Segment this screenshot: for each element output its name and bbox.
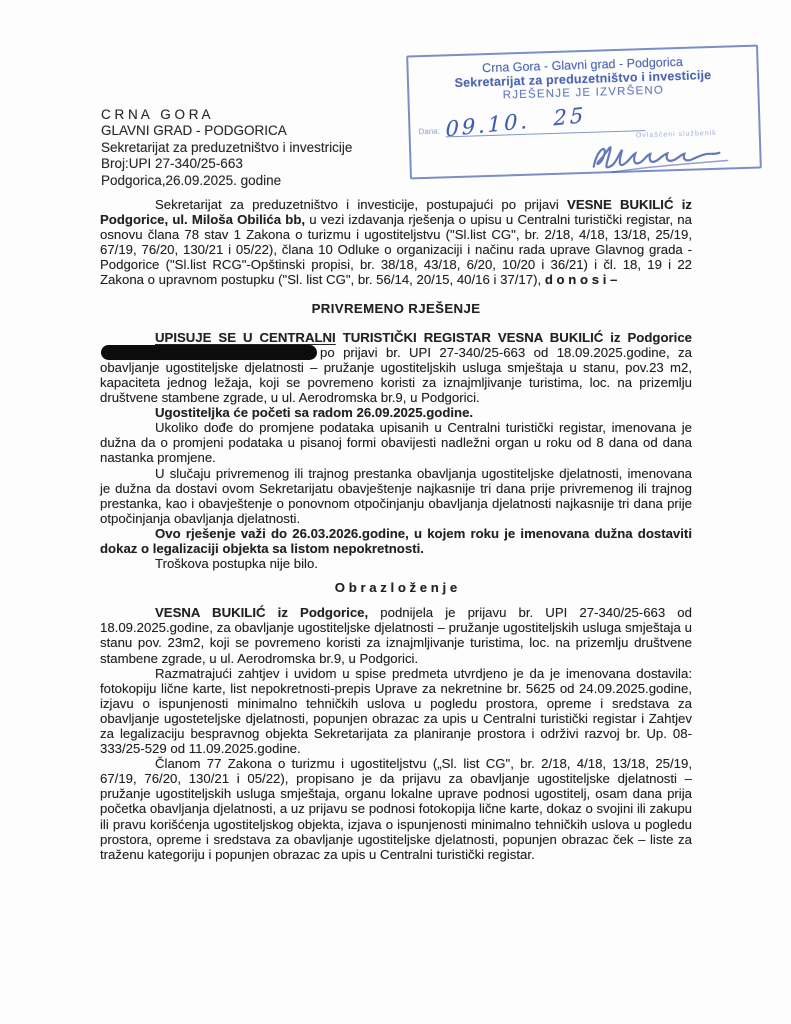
paragraph-costs: Troškova postupka nije bilo. [100, 556, 692, 571]
registration-clause-bold: TURISTIČKI REGISTAR VESNA BUKILIĆ iz Pod… [336, 330, 692, 345]
paragraph-review: Razmatrajući zahtjev i uvidom u spise pr… [100, 666, 692, 757]
donosi-label: d o n o s i – [545, 272, 618, 287]
execution-stamp: Crna Gora - Glavni grad - Podgorica Sekr… [406, 45, 762, 180]
stamp-signature-row: Ovlašćeni službenik [419, 130, 752, 186]
letterhead-city: GLAVNI GRAD - PODGORICA [101, 123, 352, 139]
applicant-name-2: VESNA BUKILIĆ iz Podgorice, [155, 605, 368, 620]
paragraph-start-date: Ugostiteljka će početi sa radom 26.09.20… [100, 405, 692, 420]
heading-obrazlozenje: O b r a z l o ž e n j e [100, 580, 692, 595]
document-page: C R N A G O R A GLAVNI GRAD - PODGORICA … [0, 0, 791, 1024]
stamp-date-line: 09.10. 25 [445, 106, 646, 137]
paragraph-application: VESNA BUKILIĆ iz Podgorice, podnijela je… [100, 605, 692, 665]
letterhead-place-date: Podgorica,26.09.2025. godine [101, 173, 352, 189]
paragraph-validity: Ovo rješenje važi do 26.03.2026.godine, … [100, 526, 692, 556]
paragraph-registration: UPISUJE SE U CENTRALNI TURISTIČKI REGIST… [100, 330, 692, 405]
signature-scribble-icon [587, 134, 748, 181]
paragraph-law-article: Članom 77 Zakona o turizmu i ugostiteljs… [100, 756, 692, 862]
letterhead-country: C R N A G O R A [101, 107, 352, 123]
stamp-date-label: Dana: [418, 127, 440, 139]
letterhead-department: Sekretarijat za preduzetništvo i investr… [101, 140, 352, 156]
letterhead-case-number: Broj:UPI 27-340/25-663 [101, 156, 352, 172]
registration-clause-underlined: UPISUJE SE U CENTRALNI [155, 330, 336, 345]
letterhead: C R N A G O R A GLAVNI GRAD - PODGORICA … [101, 107, 352, 189]
intro-text: Sekretarijat za preduzetništvo i investi… [155, 197, 567, 212]
paragraph-intro: Sekretarijat za preduzetništvo i investi… [100, 197, 692, 288]
document-body: Sekretarijat za preduzetništvo i investi… [100, 197, 692, 862]
document-title: PRIVREMENO RJEŠENJE [100, 301, 692, 316]
redaction-bar [101, 345, 317, 360]
paragraph-cease-obligation: U slučaju privremenog ili trajnog presta… [100, 466, 692, 526]
paragraph-change-obligation: Ukoliko dođe do promjene podataka upisan… [100, 420, 692, 465]
